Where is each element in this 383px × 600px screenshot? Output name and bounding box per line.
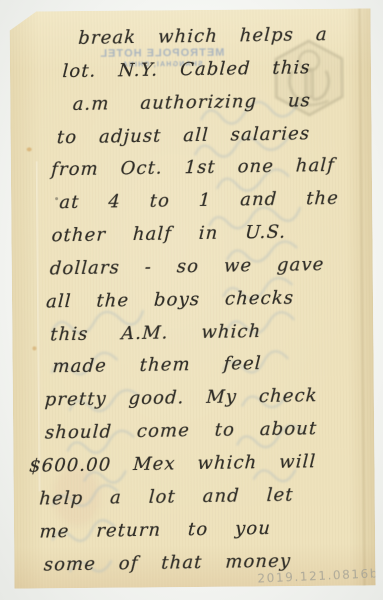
foxing-spot bbox=[27, 147, 32, 151]
handwriting-line: other half in U.S. bbox=[41, 215, 373, 253]
handwriting-line: $600.00 Mex which will bbox=[28, 445, 360, 483]
handwriting-line: a.m authorizing us bbox=[48, 84, 380, 122]
handwriting-line: dollars - so we gave bbox=[39, 248, 371, 286]
handwriting-line: me return to you bbox=[25, 511, 357, 549]
handwriting-line: lot. N.Y. Cabled this bbox=[50, 51, 382, 89]
handwriting-line: all the boys checks bbox=[37, 281, 369, 319]
handwriting-line: this A.M. which bbox=[35, 314, 367, 352]
handwriting-line: break which helps a bbox=[51, 18, 383, 56]
handwriting-line: should come to about bbox=[30, 413, 362, 451]
handwriting-line: at 4 to 1 and the bbox=[42, 182, 374, 220]
handwriting-line: pretty good. My check bbox=[32, 380, 364, 418]
handwriting-line: to adjust all salaries bbox=[46, 117, 378, 155]
handwriting-line: help a lot and let bbox=[26, 478, 358, 516]
handwriting-line: from Oct. 1st one half bbox=[44, 150, 376, 188]
letter-paper: METROPOLE HOTEL SHANGHAI, CHINA break wh… bbox=[9, 8, 375, 588]
handwriting-line: made them feel bbox=[34, 347, 366, 385]
handwriting-block: break which helps a lot. N.Y. Cabled thi… bbox=[23, 18, 383, 582]
letter-photo: METROPOLE HOTEL SHANGHAI, CHINA break wh… bbox=[0, 0, 383, 600]
